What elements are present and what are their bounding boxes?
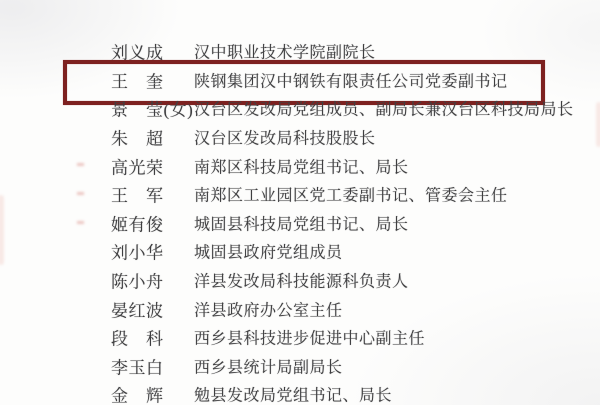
person-name: 王 奎: [111, 67, 164, 92]
list-row: 朱 超 汉台区发改局科技股股长: [0, 123, 600, 152]
person-title: 汉中职业技术学院副院长: [194, 40, 376, 63]
person-name: 朱 超: [111, 125, 164, 150]
person-name: 晏红波: [111, 296, 164, 321]
person-title: 南郑区科技局党组书记、局长: [194, 154, 409, 177]
list-row: 段 科 西乡县科技进步促进中心副主任: [0, 323, 600, 352]
person-title: 南郑区工业园区党工委副书记、管委会主任: [194, 183, 508, 206]
person-title: 洋县发改局科技能源科负责人: [194, 269, 409, 292]
person-name: 刘小华: [111, 239, 164, 264]
person-title: 陕钢集团汉中钢铁有限责任公司党委副书记: [194, 68, 508, 91]
person-title: 洋县政府办公室主任: [194, 297, 343, 320]
person-title: 西乡县统计局副局长: [194, 354, 343, 377]
list-row: 姬有俊 城固县科技局党组书记、局长: [0, 209, 600, 238]
person-name: 王 军: [111, 182, 164, 207]
person-name: 景 莹(女): [111, 96, 193, 121]
list-row: 高光荣 南郑区科技局党组书记、局长: [0, 151, 600, 180]
list-row: 王 奎 陕钢集团汉中钢铁有限责任公司党委副书记: [0, 66, 600, 95]
list-row: 景 莹(女) 汉台区发改局党组成员、副局长兼汉台区科技局局长: [0, 94, 600, 123]
person-title: 汉台区发改局科技股股长: [194, 126, 376, 149]
appointment-list: 刘义成 汉中职业技术学院副院长 王 奎 陕钢集团汉中钢铁有限责任公司党委副书记 …: [0, 37, 600, 405]
scanned-document-page: 刘义成 汉中职业技术学院副院长 王 奎 陕钢集团汉中钢铁有限责任公司党委副书记 …: [0, 0, 600, 405]
person-title: 西乡县科技进步促进中心副主任: [194, 326, 425, 349]
person-title: 汉台区发改局党组成员、副局长兼汉台区科技局局长: [194, 97, 574, 120]
person-name: 金 辉: [111, 382, 164, 405]
person-name: 姬有俊: [111, 210, 164, 235]
list-row: 晏红波 洋县政府办公室主任: [0, 294, 600, 323]
list-row: 陈小舟 洋县发改局科技能源科负责人: [0, 266, 600, 295]
person-title: 勉县发改局党组书记、局长: [194, 383, 392, 405]
person-name: 陈小舟: [111, 268, 164, 293]
person-name: 段 科: [111, 325, 164, 350]
person-title: 城固县科技局党组书记、局长: [194, 211, 409, 234]
list-row: 王 军 南郑区工业园区党工委副书记、管委会主任: [0, 180, 600, 209]
person-name: 刘义成: [111, 39, 164, 64]
list-row: 刘小华 城固县政府党组成员: [0, 237, 600, 266]
person-name: 高光荣: [111, 153, 164, 178]
person-title: 城固县政府党组成员: [194, 240, 343, 263]
list-row: 刘义成 汉中职业技术学院副院长: [0, 37, 600, 66]
list-row: 金 辉 勉县发改局党组书记、局长: [0, 380, 600, 405]
list-row: 李玉白 西乡县统计局副局长: [0, 352, 600, 381]
person-name: 李玉白: [111, 353, 164, 378]
